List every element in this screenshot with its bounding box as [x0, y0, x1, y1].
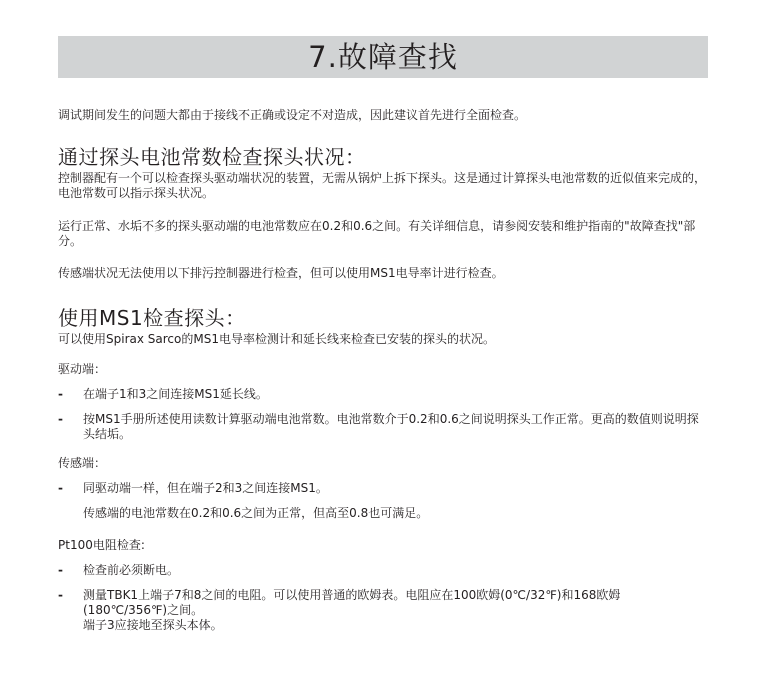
pt100-bullet-2: - 测量TBK1上端子7和8之间的电阻。可以使用普通的欧姆表。电阻应在100欧姆…: [58, 588, 708, 633]
document-page: 7.故障查找 调试期间发生的问题大都由于接线不正确或设定不对造成，因此建议首先进…: [0, 0, 766, 691]
sense-bullet-1: - 同驱动端一样，但在端子2和3之间连接MS1。: [58, 481, 708, 496]
pt100-bullet-2-text: 测量TBK1上端子7和8之间的电阻。可以使用普通的欧姆表。电阻应在100欧姆(0…: [83, 588, 708, 633]
drive-bullet-2: - 按MS1手册所述使用读数计算驱动端电池常数。电池常数介于0.2和0.6之间说…: [58, 412, 708, 442]
sense-note: 传感端的电池常数在0.2和0.6之间为正常，但高至0.8也可满足。: [83, 506, 708, 521]
pt100-bullet-1-text: 检查前必须断电。: [83, 563, 708, 578]
ms1-heading: 使用MS1检查探头：: [58, 307, 708, 330]
bullet-dash: -: [58, 563, 83, 578]
probe-constant-paragraph-2: 运行正常、水垢不多的探头驱动端的电池常数应在0.2和0.6之间。有关详细信息，请…: [58, 219, 708, 249]
probe-constant-heading: 通过探头电池常数检查探头状况：: [58, 146, 708, 169]
bullet-dash: -: [58, 588, 83, 633]
probe-constant-paragraph-3: 传感端状况无法使用以下排污控制器进行检查，但可以使用MS1电导率计进行检查。: [58, 266, 708, 281]
section-title-banner: 7.故障查找: [58, 36, 708, 78]
bullet-dash: -: [58, 481, 83, 496]
bullet-dash: -: [58, 387, 83, 402]
probe-constant-paragraph-1: 控制器配有一个可以检查探头驱动端状况的装置，无需从锅炉上拆下探头。这是通过计算探…: [58, 171, 708, 201]
drive-bullet-2-text: 按MS1手册所述使用读数计算驱动端电池常数。电池常数介于0.2和0.6之间说明探…: [83, 412, 708, 442]
drive-side-label: 驱动端：: [58, 362, 708, 377]
intro-paragraph: 调试期间发生的问题大都由于接线不正确或设定不对造成，因此建议首先进行全面检查。: [58, 108, 708, 123]
drive-bullet-1: - 在端子1和3之间连接MS1延长线。: [58, 387, 708, 402]
sense-bullet-1-text: 同驱动端一样，但在端子2和3之间连接MS1。: [83, 481, 708, 496]
bullet-dash: -: [58, 412, 83, 442]
sense-side-label: 传感端：: [58, 456, 708, 471]
ms1-paragraph-1: 可以使用Spirax Sarco的MS1电导率检测计和延长线来检查已安装的探头的…: [58, 332, 708, 347]
drive-bullet-1-text: 在端子1和3之间连接MS1延长线。: [83, 387, 708, 402]
page-title: 7.故障查找: [308, 40, 458, 74]
pt100-bullet-1: - 检查前必须断电。: [58, 563, 708, 578]
pt100-label: Pt100电阻检查:: [58, 538, 708, 553]
